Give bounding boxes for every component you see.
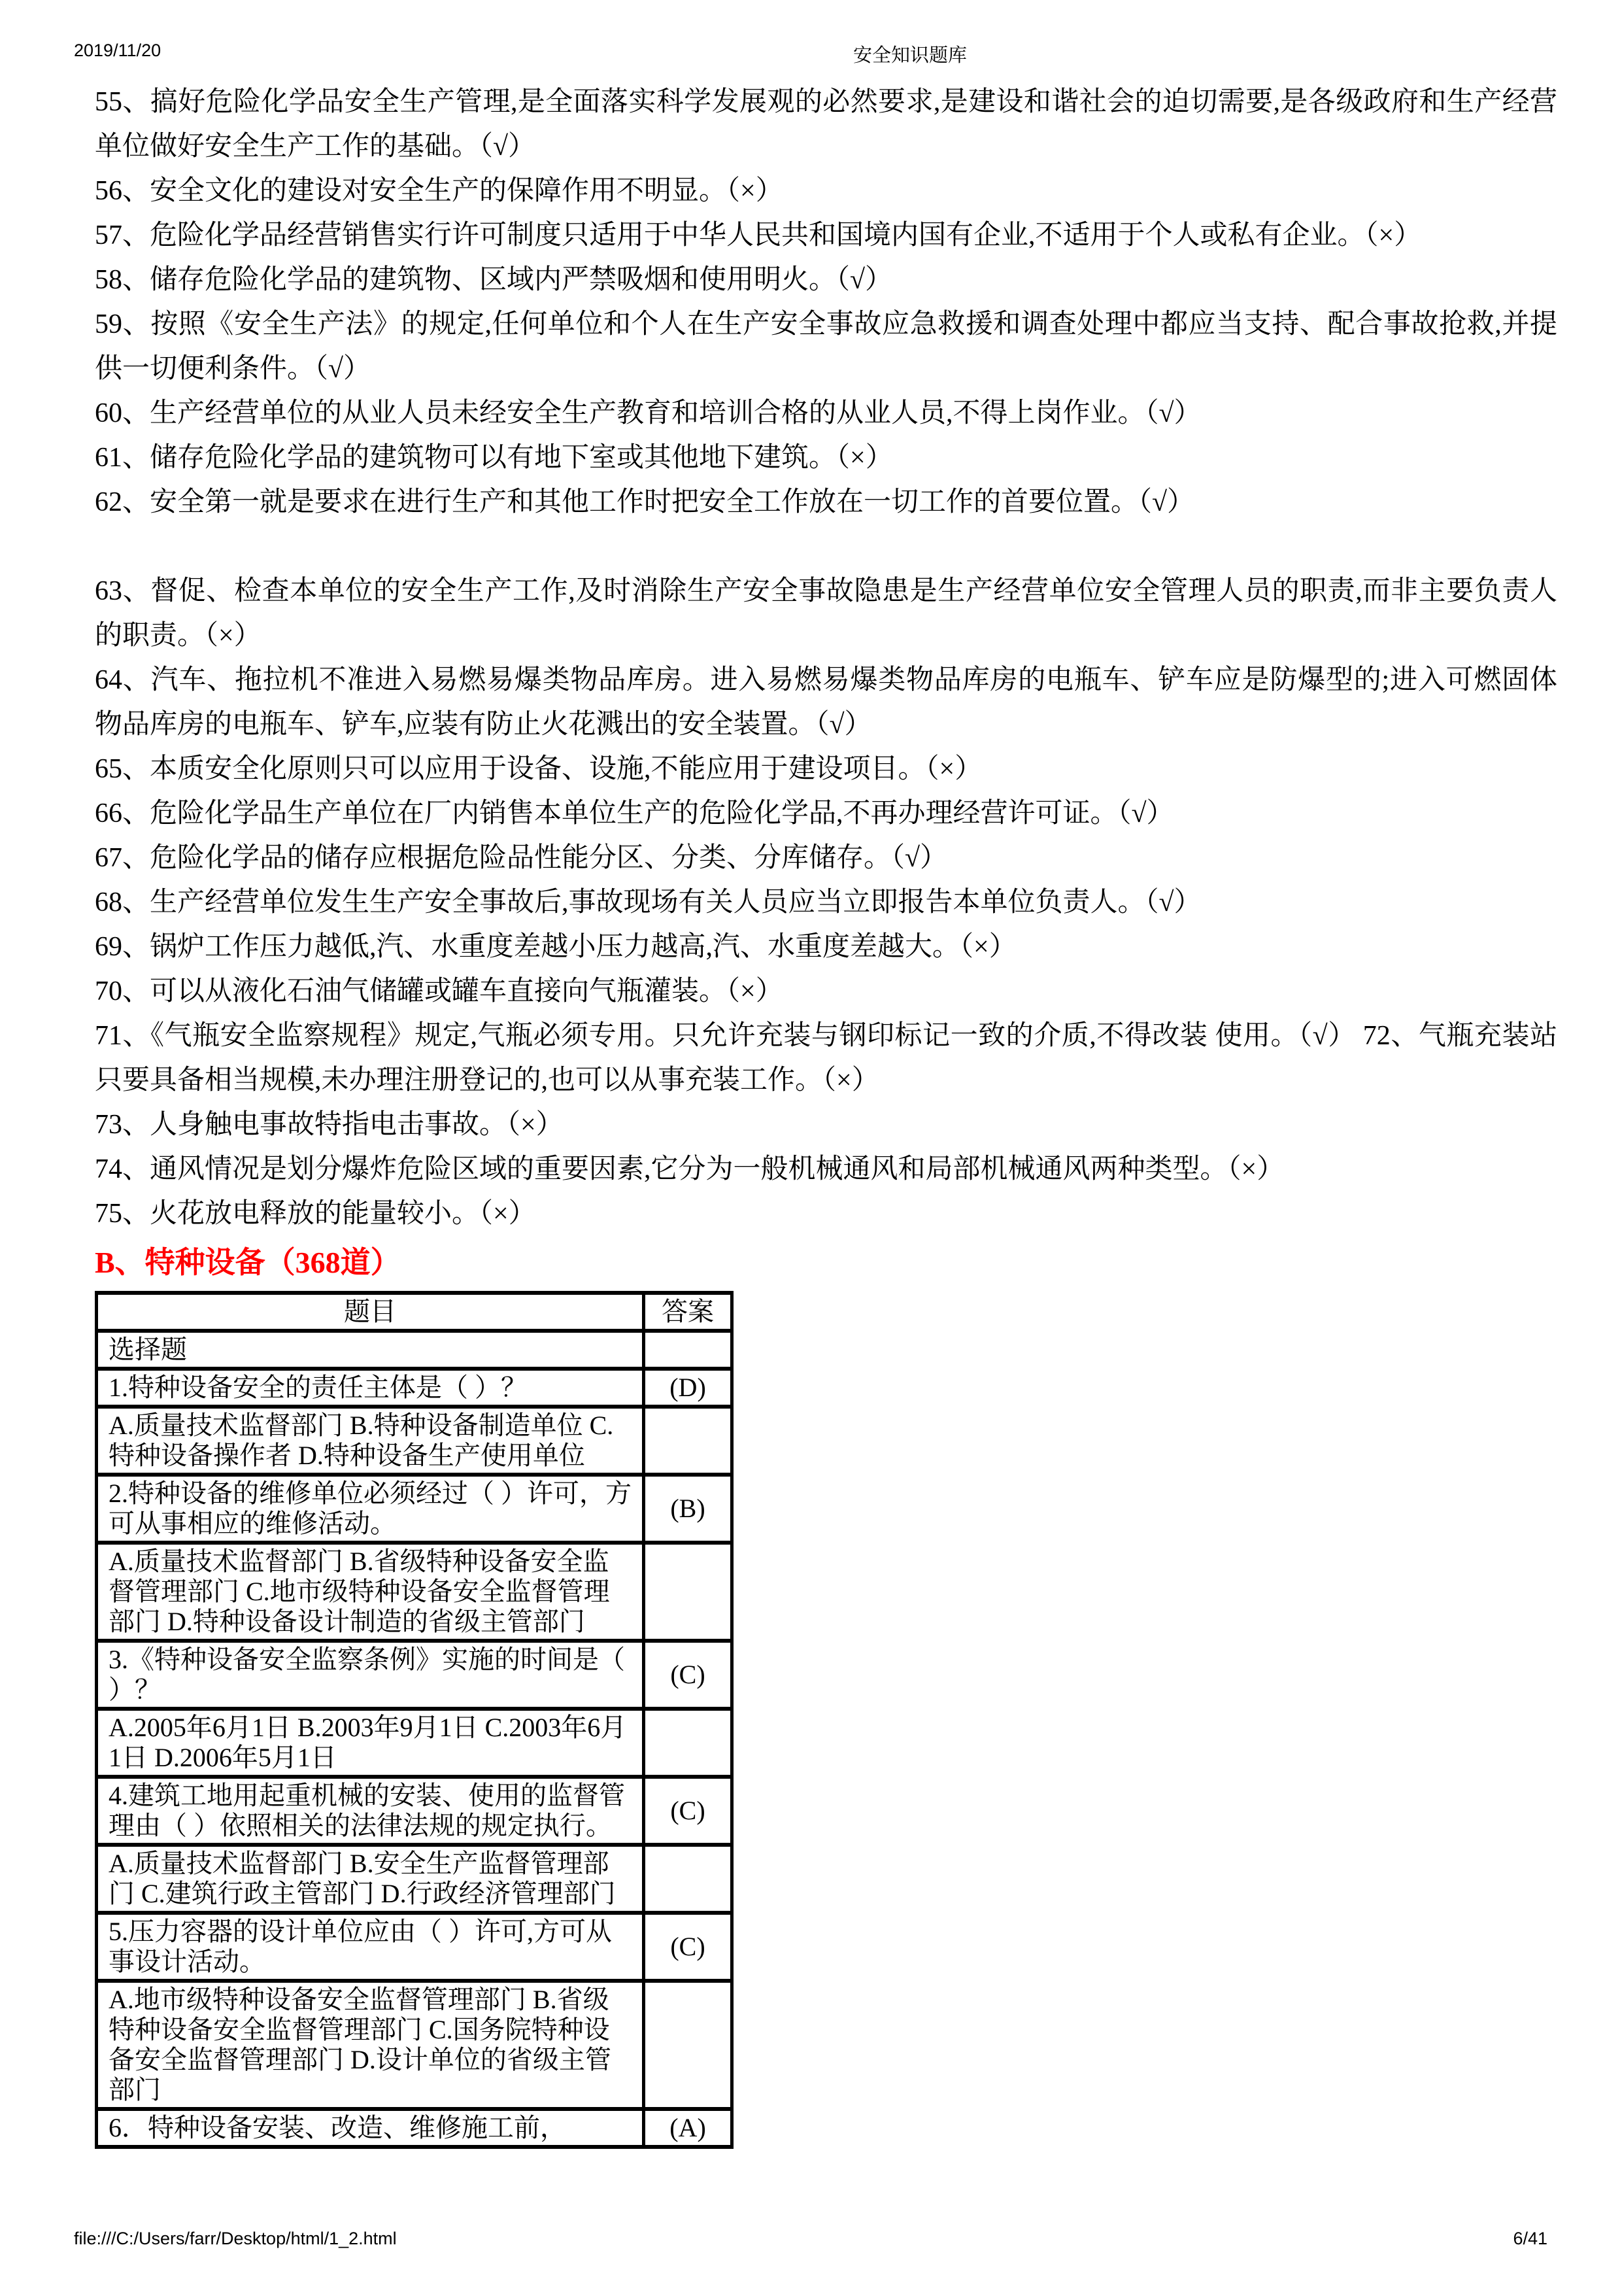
table-row: 2.特种设备的维修单位必须经过（ ）许可，方可从事相应的维修活动。 (B) xyxy=(97,1475,732,1543)
table-row: A.质量技术监督部门 B.安全生产监督管理部门 C.建筑行政主管部门 D.行政经… xyxy=(97,1845,732,1913)
question-cell: 6．特种设备安装、改造、维修施工前， xyxy=(97,2109,644,2147)
table-row: A.质量技术监督部门 B.省级特种设备安全监督管理部门 C.地市级特种设备安全监… xyxy=(97,1543,732,1641)
print-header-title: 安全知识题库 xyxy=(853,41,967,67)
answer-cell: (C) xyxy=(644,1777,732,1845)
true-false-questions-63-75: 63、督促、检查本单位的安全生产工作,及时消除生产安全事故隐患是生产经营单位安全… xyxy=(95,569,1557,1236)
question-cell: A.质量技术监督部门 B.安全生产监督管理部门 C.建筑行政主管部门 D.行政经… xyxy=(97,1845,644,1913)
question-paragraph: 75、火花放电释放的能量较小。（×） xyxy=(95,1191,1557,1236)
table-header-row: 题目 答案 xyxy=(97,1293,732,1331)
table-row: A.质量技术监督部门 B.特种设备制造单位 C.特种设备操作者 D.特种设备生产… xyxy=(97,1407,732,1475)
question-paragraph: 58、储存危险化学品的建筑物、区域内严禁吸烟和使用明火。（√） xyxy=(95,258,1557,302)
column-header-answer: 答案 xyxy=(644,1293,732,1331)
question-cell: 5.压力容器的设计单位应由（ ）许可,方可从事设计活动。 xyxy=(97,1913,644,1981)
question-cell: A.地市级特种设备安全监督管理部门 B.省级特种设备安全监督管理部门 C.国务院… xyxy=(97,1981,644,2109)
table-row: 3.《特种设备安全监察条例》实施的时间是（ ）？ (C) xyxy=(97,1641,732,1709)
question-paragraph: 56、安全文化的建设对安全生产的保障作用不明显。（×） xyxy=(95,169,1557,213)
question-paragraph: 63、督促、检查本单位的安全生产工作,及时消除生产安全事故隐患是生产经营单位安全… xyxy=(95,569,1557,658)
question-paragraph: 59、按照《安全生产法》的规定,任何单位和个人在生产安全事故应急救援和调查处理中… xyxy=(95,302,1557,391)
question-paragraph: 73、人身触电事故特指电击事故。（×） xyxy=(95,1103,1557,1147)
answer-cell: (C) xyxy=(644,1913,732,1981)
question-cell: 4.建筑工地用起重机械的安装、使用的监督管理由（ ）依照相关的法律法规的规定执行… xyxy=(97,1777,644,1845)
print-footer-file-url: file:///C:/Users/farr/Desktop/html/1_2.h… xyxy=(74,2229,397,2249)
answer-cell: (D) xyxy=(644,1369,732,1407)
question-paragraph: 69、锅炉工作压力越低,汽、水重度差越小压力越高,汽、水重度差越大。（×） xyxy=(95,925,1557,969)
question-paragraph: 60、生产经营单位的从业人员未经安全生产教育和培训合格的从业人员,不得上岗作业。… xyxy=(95,391,1557,436)
true-false-questions-55-62: 55、搞好危险化学品安全生产管理,是全面落实科学发展观的必然要求,是建设和谐社会… xyxy=(95,80,1557,524)
answer-cell xyxy=(644,1981,732,2109)
question-cell: A.质量技术监督部门 B.省级特种设备安全监督管理部门 C.地市级特种设备安全监… xyxy=(97,1543,644,1641)
question-paragraph: 74、通风情况是划分爆炸危险区域的重要因素,它分为一般机械通风和局部机械通风两种… xyxy=(95,1147,1557,1191)
question-cell: A.2005年6月1日 B.2003年9月1日 C.2003年6月1日 D.20… xyxy=(97,1709,644,1777)
question-paragraph: 65、本质安全化原则只可以应用于设备、设施,不能应用于建设项目。（×） xyxy=(95,747,1557,791)
answer-cell xyxy=(644,1845,732,1913)
document-page: 2019/11/20 安全知识题库 55、搞好危险化学品安全生产管理,是全面落实… xyxy=(0,0,1622,2296)
question-paragraph: 66、危险化学品生产单位在厂内销售本单位生产的危险化学品,不再办理经营许可证。（… xyxy=(95,791,1557,836)
table-row: 4.建筑工地用起重机械的安装、使用的监督管理由（ ）依照相关的法律法规的规定执行… xyxy=(97,1777,732,1845)
document-content: 55、搞好危险化学品安全生产管理,是全面落实科学发展观的必然要求,是建设和谐社会… xyxy=(95,80,1557,2149)
answer-cell xyxy=(644,1331,732,1369)
table-row: 5.压力容器的设计单位应由（ ）许可,方可从事设计活动。 (C) xyxy=(97,1913,732,1981)
question-cell: 3.《特种设备安全监察条例》实施的时间是（ ）？ xyxy=(97,1641,644,1709)
question-cell: 2.特种设备的维修单位必须经过（ ）许可，方可从事相应的维修活动。 xyxy=(97,1475,644,1543)
table-row: 6．特种设备安装、改造、维修施工前， (A) xyxy=(97,2109,732,2147)
question-paragraph: 71、《气瓶安全监察规程》规定,气瓶必须专用。只允许充装与钢印标记一致的介质,不… xyxy=(95,1014,1557,1103)
question-cell: 选择题 xyxy=(97,1331,644,1369)
answer-cell: (C) xyxy=(644,1641,732,1709)
section-heading-special-equipment: B、特种设备（368道） xyxy=(95,1245,1557,1280)
print-header-date: 2019/11/20 xyxy=(74,41,161,61)
question-paragraph: 70、可以从液化石油气储罐或罐车直接向气瓶灌装。（×） xyxy=(95,969,1557,1014)
question-cell: 1.特种设备安全的责任主体是（ ）？ xyxy=(97,1369,644,1407)
table-row: A.2005年6月1日 B.2003年9月1日 C.2003年6月1日 D.20… xyxy=(97,1709,732,1777)
answer-cell xyxy=(644,1709,732,1777)
table-row: A.地市级特种设备安全监督管理部门 B.省级特种设备安全监督管理部门 C.国务院… xyxy=(97,1981,732,2109)
question-paragraph: 57、危险化学品经营销售实行许可制度只适用于中华人民共和国境内国有企业,不适用于… xyxy=(95,213,1557,258)
answer-cell xyxy=(644,1543,732,1641)
question-paragraph: 62、安全第一就是要求在进行生产和其他工作时把安全工作放在一切工作的首要位置。（… xyxy=(95,480,1557,524)
question-paragraph: 55、搞好危险化学品安全生产管理,是全面落实科学发展观的必然要求,是建设和谐社会… xyxy=(95,80,1557,169)
question-paragraph: 61、储存危险化学品的建筑物可以有地下室或其他地下建筑。（×） xyxy=(95,436,1557,480)
question-paragraph: 64、汽车、拖拉机不准进入易燃易爆类物品库房。进入易燃易爆类物品库房的电瓶车、铲… xyxy=(95,658,1557,747)
question-answer-table: 题目 答案 选择题 1.特种设备安全的责任主体是（ ）？ (D) A.质量技术监… xyxy=(95,1291,734,2149)
table-row: 选择题 xyxy=(97,1331,732,1369)
question-table-clip: 题目 答案 选择题 1.特种设备安全的责任主体是（ ）？ (D) A.质量技术监… xyxy=(95,1291,1557,2149)
question-paragraph: 67、危险化学品的储存应根据危险品性能分区、分类、分库储存。（√） xyxy=(95,836,1557,880)
table-row: 1.特种设备安全的责任主体是（ ）？ (D) xyxy=(97,1369,732,1407)
question-paragraph: 68、生产经营单位发生生产安全事故后,事故现场有关人员应当立即报告本单位负责人。… xyxy=(95,880,1557,925)
print-footer-page-number: 6/41 xyxy=(1513,2229,1547,2249)
column-header-question: 题目 xyxy=(97,1293,644,1331)
question-cell: A.质量技术监督部门 B.特种设备制造单位 C.特种设备操作者 D.特种设备生产… xyxy=(97,1407,644,1475)
answer-cell xyxy=(644,1407,732,1475)
answer-cell: (B) xyxy=(644,1475,732,1543)
answer-cell: (A) xyxy=(644,2109,732,2147)
